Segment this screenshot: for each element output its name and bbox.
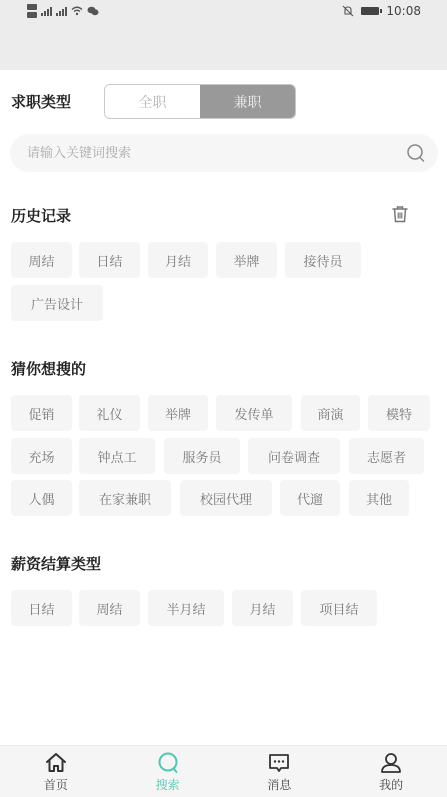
guess-chip[interactable]: 志愿者: [349, 438, 424, 474]
segment-fulltime-label: 全职: [139, 92, 167, 112]
wechat-icon: [87, 6, 99, 16]
bottom-tab-bar: 首页 搜索 消息 我的: [0, 745, 447, 797]
tab-profile-label: 我的: [379, 776, 403, 793]
history-chip[interactable]: 月结: [148, 242, 208, 278]
history-chip[interactable]: 举牌: [216, 242, 277, 278]
history-chip[interactable]: 周结: [11, 242, 72, 278]
job-type-row: 求职类型 全职 兼职: [11, 84, 71, 119]
user-icon: [379, 751, 403, 775]
tab-messages[interactable]: 消息: [224, 746, 336, 797]
status-left-icons: [27, 4, 99, 18]
search-icon[interactable]: [406, 143, 426, 163]
status-right-icons: 10:08: [342, 4, 421, 18]
mute-icon: [342, 5, 354, 17]
guess-chip[interactable]: 人偶: [11, 480, 72, 516]
search-icon: [156, 751, 180, 775]
guess-chip[interactable]: 校园代理: [180, 480, 272, 516]
history-chip[interactable]: 接待员: [285, 242, 361, 278]
signal-4g-icon: [41, 6, 52, 16]
tab-search[interactable]: 搜索: [112, 746, 224, 797]
guess-chip[interactable]: 举牌: [148, 395, 208, 431]
guess-chip[interactable]: 充场: [11, 438, 72, 474]
salary-title: 薪资结算类型: [11, 553, 101, 574]
guess-chip[interactable]: 礼仪: [79, 395, 140, 431]
guess-title: 猜你想搜的: [11, 358, 86, 379]
job-type-label: 求职类型: [11, 91, 71, 112]
salary-chip[interactable]: 月结: [232, 590, 293, 626]
battery-icon: [361, 7, 379, 15]
salary-chip[interactable]: 项目结: [301, 590, 377, 626]
guess-chip[interactable]: 问卷调查: [248, 438, 340, 474]
tab-search-label: 搜索: [156, 776, 180, 793]
salary-chip[interactable]: 半月结: [148, 590, 224, 626]
guess-chip[interactable]: 促销: [11, 395, 72, 431]
hd-icon: [27, 4, 37, 18]
search-bar: [10, 134, 438, 172]
guess-chip[interactable]: 商演: [301, 395, 360, 431]
guess-chip[interactable]: 模特: [368, 395, 430, 431]
guess-chip[interactable]: 其他: [349, 480, 409, 516]
wifi-icon: [71, 6, 83, 16]
trash-icon[interactable]: [390, 204, 410, 224]
search-input[interactable]: [27, 146, 387, 161]
segment-parttime-label: 兼职: [234, 92, 262, 112]
tab-messages-label: 消息: [267, 776, 291, 793]
salary-chip[interactable]: 日结: [11, 590, 72, 626]
history-title: 历史记录: [11, 205, 71, 226]
guess-chip[interactable]: 代遛: [280, 480, 340, 516]
status-time: 10:08: [386, 4, 421, 18]
segment-parttime[interactable]: 兼职: [200, 85, 295, 118]
home-icon: [44, 751, 68, 775]
guess-chip[interactable]: 在家兼职: [79, 480, 171, 516]
salary-chip[interactable]: 周结: [79, 590, 140, 626]
message-icon: [267, 751, 291, 775]
segment-fulltime[interactable]: 全职: [105, 85, 200, 118]
history-chip[interactable]: 广告设计: [11, 285, 103, 321]
tab-profile[interactable]: 我的: [335, 746, 447, 797]
guess-chip[interactable]: 服务员: [164, 438, 240, 474]
tab-home-label: 首页: [44, 776, 68, 793]
guess-chip[interactable]: 钟点工: [79, 438, 155, 474]
guess-chip[interactable]: 发传单: [216, 395, 292, 431]
job-type-segment: 全职 兼职: [104, 84, 296, 119]
tab-home[interactable]: 首页: [0, 746, 112, 797]
status-bar: 10:08: [0, 0, 447, 70]
signal-4g-icon: [56, 6, 67, 16]
history-chip[interactable]: 日结: [79, 242, 140, 278]
